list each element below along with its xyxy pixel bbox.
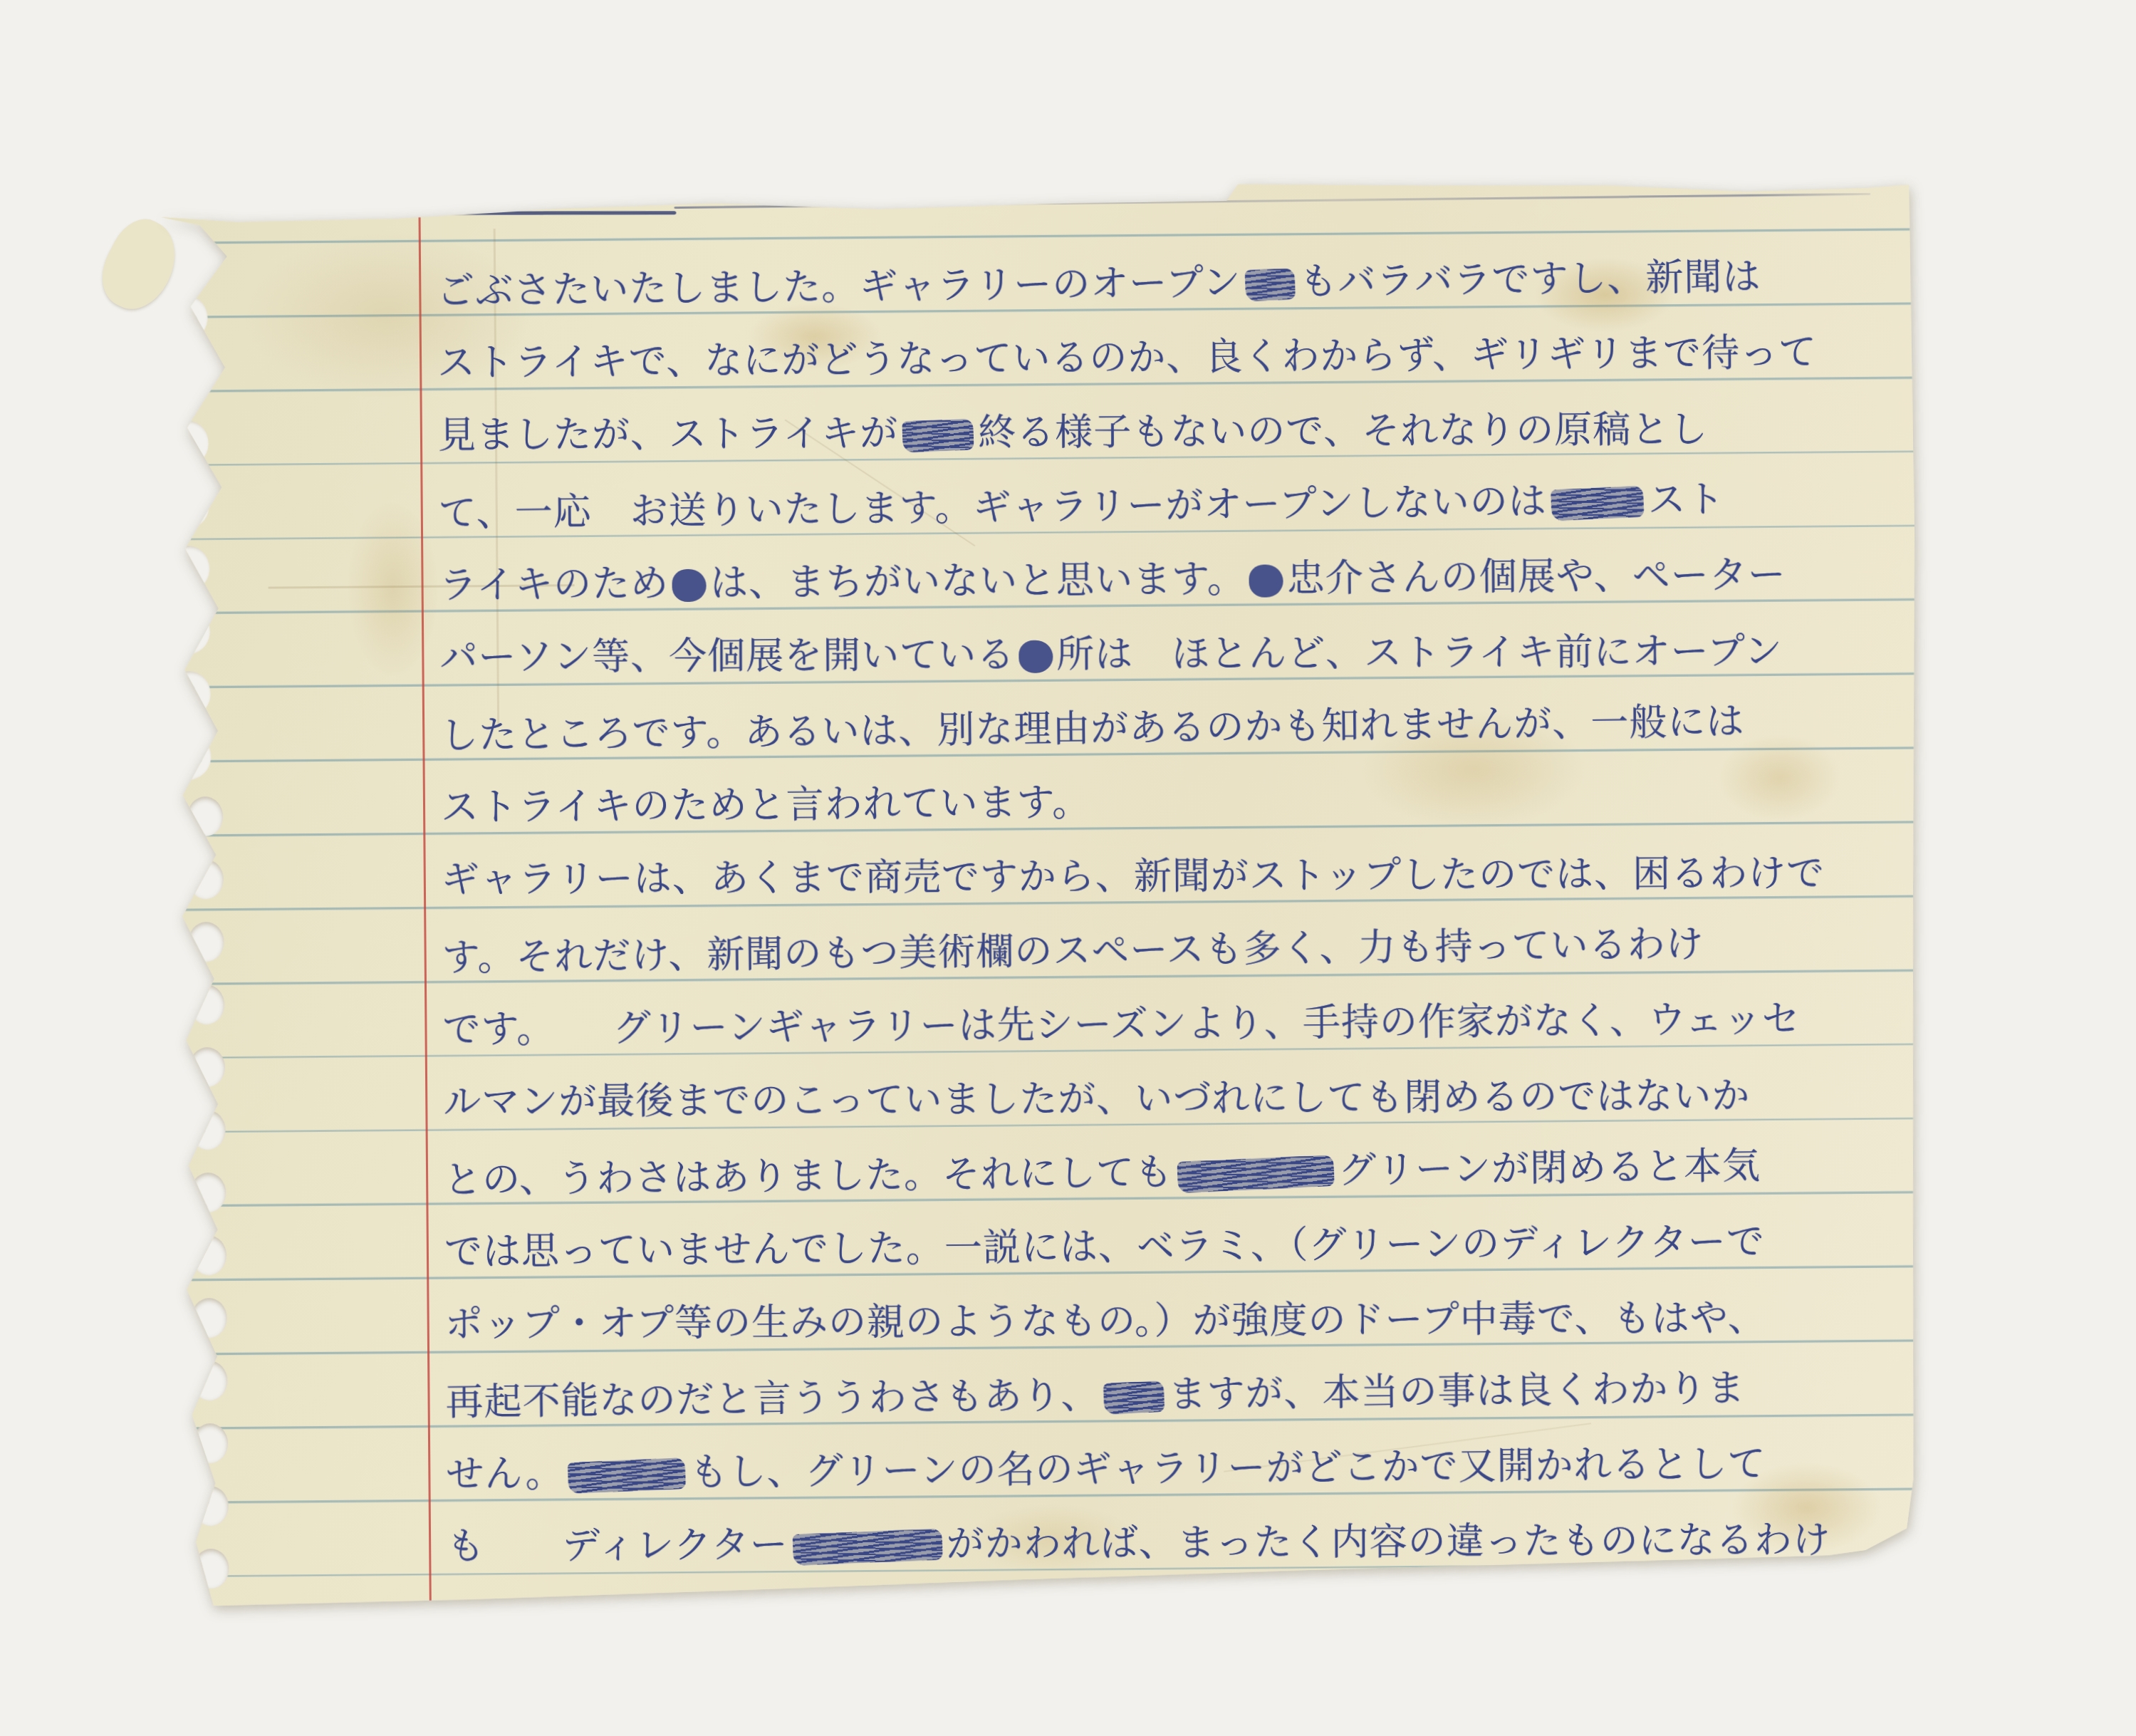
handwriting-text: ライキのため [439, 562, 669, 608]
handwriting-text: 終る様子もないので、それなりの原稿とし [978, 407, 1708, 454]
handwriting-text: もし、グリーンの名のギャラリーがどこかで又開かれるとして [689, 1443, 1766, 1495]
handwriting-text: 忠介さんの個展や、ペーター [1287, 553, 1786, 601]
scanned-letter-image: ごぶさたいたしました。ギャラリーのオープンもバラバラですし、新聞はストライキで、… [0, 0, 2136, 1736]
handwritten-line: ストライキのためと言われています。 [441, 779, 1091, 833]
handwriting-text: がかわれば、まったく内容の違ったものになるわけ [947, 1518, 1831, 1566]
ink-blob [1249, 564, 1283, 597]
handwritten-line: て、一応 お送りいたします。ギャラリーがオープンしないのはスト [438, 476, 1725, 539]
handwritten-line: も ディレクターがかわれば、まったく内容の違ったものになるわけ [447, 1516, 1831, 1571]
handwriting-text: では思っていませんでした。一説には、ベラミ、（グリーンのディレクターで [444, 1220, 1765, 1274]
handwritten-line: ルマンが最後までのこっていましたが、いづれにしても閉めるのではないか [443, 1072, 1750, 1128]
handwritten-line: ポップ・オプ等の生みの親のようなもの。）が強度のドープ中毒で、もはや、 [445, 1294, 1766, 1350]
binder-hole [193, 1486, 229, 1526]
scribble-strikeout [1103, 1381, 1165, 1415]
binder-hole [191, 1235, 226, 1275]
handwriting-text: もバラバラですし、新聞は [1299, 255, 1761, 303]
binder-hole [189, 1110, 225, 1150]
binder-hole [189, 1047, 225, 1087]
handwritten-line: パーソン等、今個展を開いている所は ほとんど、ストライキ前にオープン [439, 628, 1783, 683]
binder-hole [190, 1173, 226, 1212]
handwriting-text: も ディレクター [447, 1523, 788, 1568]
handwriting-text: ルマンが最後までのこっていましたが、いづれにしても閉めるのではないか [443, 1074, 1750, 1124]
binder-hole [193, 1549, 229, 1589]
scribble-strikeout [1177, 1155, 1335, 1193]
handwriting-text: との、うわさはありました。それにしても [444, 1150, 1173, 1202]
handwriting-text: ポップ・オプ等の生みの親のようなもの。）が強度のドープ中毒で、もはや、 [445, 1296, 1766, 1346]
handwriting-text: 再起不能なのだと言ううわさもあり、 [445, 1373, 1100, 1424]
binder-hole [192, 1361, 227, 1400]
ink-blob [1018, 640, 1053, 673]
handwritten-line: です。 グリーンギャラリーは先シーズンより、手持の作家がなく、ウェッセ [442, 996, 1801, 1056]
binder-hole [188, 922, 224, 962]
handwriting-text: ストライキで、なにがどうなっているのか、良くわからず、ギリギリまで待って [437, 331, 1818, 385]
scribble-strikeout [1551, 486, 1645, 521]
handwritten-line: 再起不能なのだと言ううわさもあり、ますが、本当の事は良くわかりま [445, 1364, 1746, 1428]
handwriting-text: ギャラリーは、あくまで商売ですから、新聞がストップしたのでは、困るわけで [442, 851, 1825, 901]
handwriting-text: パーソン等、今個展を開いている [439, 633, 1015, 680]
handwritten-line: との、うわさはありました。それにしてもグリーンが閉めると本気 [444, 1142, 1761, 1205]
letter-paper: ごぶさたいたしました。ギャラリーのオープンもバラバラですし、新聞はストライキで、… [158, 175, 1932, 1609]
handwriting-text: て、一応 お送りいたします。ギャラリーがオープンしないのは [438, 479, 1547, 535]
handwritten-line: ギャラリーは、あくまで商売ですから、新聞がストップしたのでは、困るわけで [442, 849, 1825, 905]
handwriting-text: です。 グリーンギャラリーは先シーズンより、手持の作家がなく、ウェッセ [442, 998, 1801, 1052]
scribble-strikeout [568, 1457, 687, 1494]
binder-hole [192, 1423, 228, 1463]
handwritten-line: ストライキで、なにがどうなっているのか、良くわからず、ギリギリまで待って [437, 328, 1818, 388]
ink-blob [672, 569, 707, 602]
handwritten-line: す。それだけ、新聞のもつ美術欄のスペースも多く、力も持っているわけ [442, 920, 1704, 983]
scribble-strikeout [792, 1529, 943, 1566]
letter-paper-wrap: ごぶさたいたしました。ギャラリーのオープンもバラバラですし、新聞はストライキで、… [158, 175, 1932, 1609]
handwritten-line: では思っていませんでした。一説には、ベラミ、（グリーンのディレクターで [444, 1218, 1765, 1277]
handwriting-text: は、まちがいないと思います。 [710, 558, 1246, 605]
handwriting-text: す。それだけ、新聞のもつ美術欄のスペースも多く、力も持っているわけ [442, 922, 1704, 979]
handwriting-text: せん。 [446, 1452, 564, 1496]
text-layer: ごぶさたいたしました。ギャラリーのオープンもバラバラですし、新聞はストライキで、… [158, 175, 1932, 1609]
handwritten-line: ごぶさたいたしました。ギャラリーのオープンもバラバラですし、新聞は [437, 253, 1761, 316]
handwriting-text: したところです。あるいは、別な理由があるのかも知れませんが、一般には [440, 700, 1745, 757]
binder-hole [188, 859, 224, 899]
scribble-strikeout [902, 419, 975, 453]
handwriting-text: ストライキのためと言われています。 [441, 781, 1091, 829]
handwritten-line: 見ましたが、ストライキが終る様子もないので、それなりの原稿とし [438, 405, 1709, 460]
scribble-strikeout [1245, 268, 1296, 301]
binder-hole [189, 984, 224, 1024]
handwriting-text: ごぶさたいたしました。ギャラリーのオープン [437, 261, 1241, 313]
handwritten-line: したところです。あるいは、別な理由があるのかも知れませんが、一般には [440, 697, 1745, 761]
binder-hole [191, 1298, 226, 1338]
handwriting-text: スト [1647, 478, 1725, 522]
handwritten-line: ライキのためは、まちがいないと思います。忠介さんの個展や、ペーター [439, 551, 1786, 611]
binder-hole [187, 796, 223, 836]
handwriting-text: 所は ほとんど、ストライキ前にオープン [1056, 630, 1783, 677]
handwritten-line: せん。もし、グリーンの名のギャラリーがどこかで又開かれるとして [446, 1440, 1766, 1499]
binder-hole [157, 227, 213, 284]
handwriting-text: グリーンが閉めると本気 [1338, 1144, 1761, 1192]
handwriting-text: ますが、本当の事は良くわかりま [1168, 1366, 1746, 1416]
handwriting-text: 見ましたが、ストライキが [438, 412, 899, 457]
